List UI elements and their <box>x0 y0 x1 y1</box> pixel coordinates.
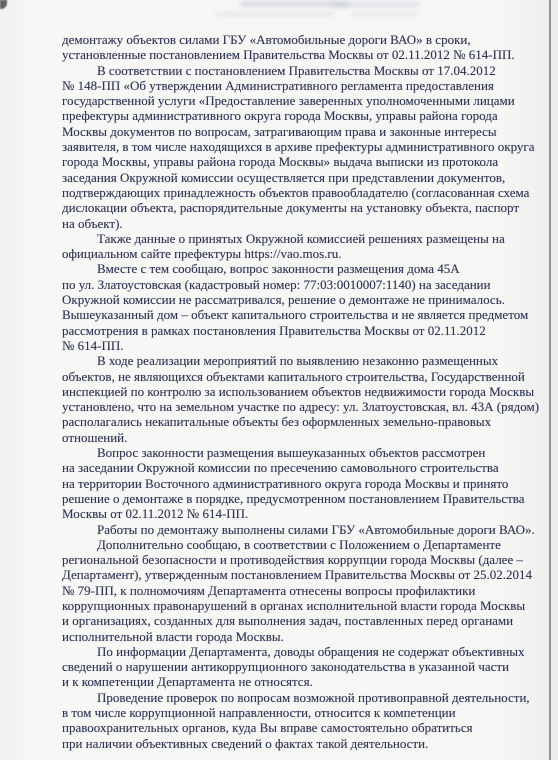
paragraph: Проведение проверок по вопросам возможно… <box>62 690 541 751</box>
document-line: официальном сайте префектуры https://vao… <box>62 246 541 261</box>
paragraph: В ходе реализации мероприятий по выявлен… <box>62 353 541 445</box>
paragraph: Дополнительно сообщаю, в соответствии с … <box>62 537 541 644</box>
paragraph: демонтажу объектов силами ГБУ «Автомобил… <box>62 32 541 63</box>
document-line: правоохранительных органов, куда Вы впра… <box>62 720 541 735</box>
document-line: на заседании Окружной комиссии по пресеч… <box>62 460 541 475</box>
document-line: № 79-ПП, к полномочиям Департамента отне… <box>62 583 541 598</box>
faded-letterhead-smudge <box>350 12 420 16</box>
document-line: Работы по демонтажу выполнены силами ГБУ… <box>62 522 541 537</box>
document-line: и к компетенции Департамента не относятс… <box>62 674 541 689</box>
scanned-page: демонтажу объектов силами ГБУ «Автомобил… <box>0 0 558 760</box>
document-line: В соответствии с постановлением Правител… <box>62 63 541 78</box>
document-line: на территории Восточного административно… <box>62 476 541 491</box>
document-line: заседания Окружной комиссии осуществляет… <box>62 170 541 185</box>
scan-edge-strip <box>551 0 558 760</box>
document-line: Вопрос законности размещения вышеуказанн… <box>62 445 541 460</box>
document-line: дислокации объекта, распорядительные док… <box>62 200 541 215</box>
document-line: Вышеуказанный дом – объект капитального … <box>62 307 541 322</box>
document-line: Также данные о принятых Окружной комисси… <box>62 231 541 246</box>
document-line: префектуры административного округа горо… <box>62 108 541 123</box>
document-line: Окружной комиссии не рассматривался, реш… <box>62 292 541 307</box>
faded-letterhead-smudge <box>330 2 420 7</box>
document-line: при наличии объективных сведений о факта… <box>62 736 541 751</box>
document-line: исполнительной власти города Москвы. <box>62 629 541 644</box>
paragraph: По информации Департамента, доводы обращ… <box>62 644 541 690</box>
document-line: сведений о нарушении антикоррупционного … <box>62 659 541 674</box>
document-line: по ул. Златоустовская (кадастровый номер… <box>62 277 541 292</box>
document-line: Москвы документов по вопросам, затрагива… <box>62 124 541 139</box>
document-line: объектов, не являющихся объектами капита… <box>62 369 541 384</box>
document-body: демонтажу объектов силами ГБУ «Автомобил… <box>62 32 541 751</box>
scan-corner-artifact <box>0 0 7 9</box>
document-line: региональной безопасности и противодейст… <box>62 552 541 567</box>
document-line: По информации Департамента, доводы обращ… <box>62 644 541 659</box>
document-line: города Москвы, управы района города Моск… <box>62 154 541 169</box>
document-line: Вместе с тем сообщаю, вопрос законности … <box>62 261 541 276</box>
document-line: в том числе коррупционной направленности… <box>62 705 541 720</box>
document-line: демонтажу объектов силами ГБУ «Автомобил… <box>62 32 541 47</box>
scan-edge-line <box>549 0 551 760</box>
document-line: Дополнительно сообщаю, в соответствии с … <box>62 537 541 552</box>
document-line: Москвы от 02.11.2012 № 614-ПП. <box>62 506 541 521</box>
document-line: № 148-ПП «Об утверждении Административно… <box>62 78 541 93</box>
paragraph: Также данные о принятых Окружной комисси… <box>62 231 541 262</box>
document-line: установлено, что на земельном участке по… <box>62 399 541 414</box>
paragraph: Вопрос законности размещения вышеуказанн… <box>62 445 541 521</box>
document-line: располагались некапитальные объекты без … <box>62 414 541 429</box>
document-line: заявителя, в том числе находящихся в арх… <box>62 139 541 154</box>
document-line: № 614-ПП. <box>62 338 541 353</box>
document-line: установленные постановлением Правительст… <box>62 47 541 62</box>
document-line: рассмотрения в рамках постановления Прав… <box>62 323 541 338</box>
faded-letterhead-smudge <box>215 12 335 16</box>
paragraph: Работы по демонтажу выполнены силами ГБУ… <box>62 522 541 537</box>
document-line: Департамент), утвержденным постановление… <box>62 567 541 582</box>
document-line: инспекцией по контролю за использованием… <box>62 384 541 399</box>
paragraph: В соответствии с постановлением Правител… <box>62 63 541 231</box>
document-line: В ходе реализации мероприятий по выявлен… <box>62 353 541 368</box>
document-line: коррупционных правонарушений в органах и… <box>62 598 541 613</box>
document-line: Проведение проверок по вопросам возможно… <box>62 690 541 705</box>
document-line: на объект). <box>62 216 541 231</box>
document-line: государственной услуги «Предоставление з… <box>62 93 541 108</box>
document-line: решение о демонтаже в порядке, предусмот… <box>62 491 541 506</box>
document-line: отношений. <box>62 430 541 445</box>
paragraph: Вместе с тем сообщаю, вопрос законности … <box>62 261 541 353</box>
document-line: и организациях, созданных для выполнения… <box>62 613 541 628</box>
document-line: подтверждающих принадлежность объектов п… <box>62 185 541 200</box>
